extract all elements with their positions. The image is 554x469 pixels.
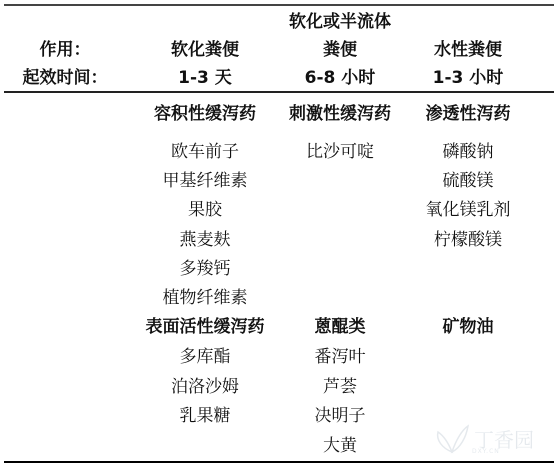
group-title: 蒽醌类 [280, 317, 400, 337]
drug-item: 大黄 [280, 436, 400, 456]
drug-item: 比沙可啶 [280, 142, 400, 162]
bottom-rule [4, 461, 554, 463]
drug-item: 燕麦麸 [140, 230, 270, 250]
col1-effect: 软化粪便 [140, 40, 270, 60]
effect-label: 作用： [10, 40, 120, 60]
watermark-subtext: DXY.CN [472, 448, 500, 455]
col1-onset: 1-3 天 [140, 68, 270, 88]
group-title: 容积性缓泻药 [140, 104, 270, 124]
col2-effect: 粪便 [280, 40, 400, 60]
drug-item: 果胶 [140, 200, 270, 220]
col2-onset: 6-8 小时 [280, 68, 400, 88]
group-title: 渗透性泻药 [408, 104, 528, 124]
drug-item: 磷酸钠 [408, 142, 528, 162]
group-title: 表面活性缓泻药 [140, 317, 270, 337]
drug-item: 决明子 [280, 406, 400, 426]
drug-item: 欧车前子 [140, 142, 270, 162]
butterfly-icon [432, 422, 472, 456]
drug-item: 多羧钙 [140, 259, 270, 279]
drug-item: 氧化镁乳剂 [408, 200, 528, 220]
watermark-logo: 丁香园 DXY.CN [432, 422, 550, 458]
drug-item: 芦荟 [280, 377, 400, 397]
col3-onset: 1-3 小时 [408, 68, 528, 88]
drug-item: 番泻叶 [280, 347, 400, 367]
drug-item: 泊洛沙姆 [140, 377, 270, 397]
drug-item: 乳果糖 [140, 406, 270, 426]
drug-item: 多库酯 [140, 347, 270, 367]
top-rule [4, 4, 554, 6]
drug-item: 植物纤维素 [140, 288, 270, 308]
onset-label: 起效时间： [10, 68, 120, 88]
drug-item: 甲基纤维素 [140, 171, 270, 191]
group-title: 刺激性缓泻药 [280, 104, 400, 124]
group-title: 矿物油 [408, 317, 528, 337]
header-rule [4, 91, 554, 93]
drug-item: 硫酸镁 [408, 171, 528, 191]
col3-effect: 水性粪便 [408, 40, 528, 60]
col2-effect-line1: 软化或半流体 [280, 12, 400, 32]
drug-item: 柠檬酸镁 [408, 230, 528, 250]
